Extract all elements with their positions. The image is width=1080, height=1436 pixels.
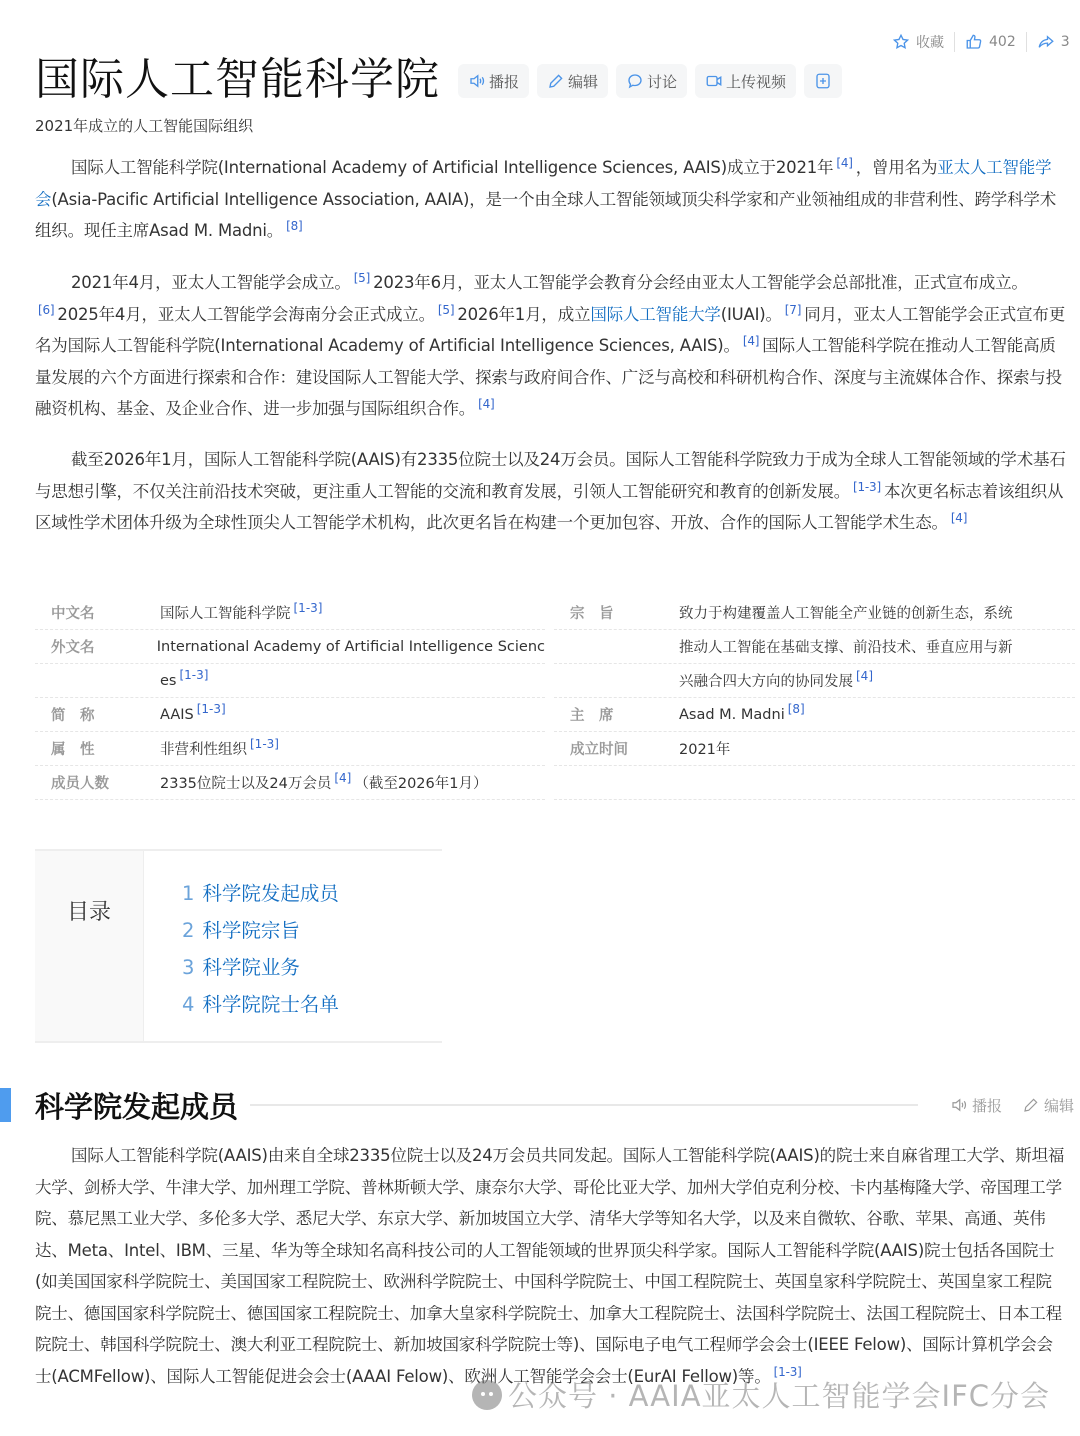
value-text: 国际人工智能科学院 <box>160 606 291 622</box>
text: (Asia-Pacific Artificial Intelligence As… <box>35 190 1056 241</box>
citation-link[interactable]: [8] <box>286 219 302 233</box>
intro-paragraph-3: 截至2026年1月，国际人工智能科学院(AAIS)有2335位院士以及24万会员… <box>35 444 1067 539</box>
infobox-right-column: 宗 旨致力于构建覆盖人工智能全产业链的创新生态，系统 推动人工智能在基础支撑、前… <box>554 596 1075 800</box>
citation-link[interactable]: [1-3] <box>197 702 226 716</box>
infobox-value: 致力于构建覆盖人工智能全产业链的创新生态，系统 <box>679 602 1013 623</box>
broadcast-button[interactable]: 播报 <box>458 64 529 98</box>
chat-bubble-icon <box>626 72 644 90</box>
infobox-key: 属 性 <box>35 738 160 759</box>
discuss-label: 讨论 <box>647 71 677 92</box>
text: 2021年4月，亚太人工智能学会成立。 <box>71 273 351 292</box>
infobox-value: International Academy of Artificial Inte… <box>157 639 545 655</box>
toc-number: 3 <box>182 956 194 979</box>
section-accent-bar <box>0 1088 11 1122</box>
infobox-value: es[1-3] <box>160 673 211 689</box>
text: ，曾用名为 <box>856 158 938 177</box>
text: 国际人工智能科学院(International Academy of Artif… <box>71 158 833 177</box>
toc-item-2[interactable]: 2科学院宗旨 <box>182 912 339 949</box>
infobox-row: 简 称AAIS[1-3] <box>35 698 545 732</box>
pencil-icon <box>547 72 565 90</box>
favorite-button[interactable]: 收藏 <box>892 32 944 52</box>
infobox-row: 宗 旨致力于构建覆盖人工智能全产业链的创新生态，系统 <box>554 596 1075 630</box>
toc-item-3[interactable]: 3科学院业务 <box>182 949 339 986</box>
infobox-row: 外文名International Academy of Artificial I… <box>35 630 545 664</box>
infobox-value: 非营利性组织[1-3] <box>160 738 282 759</box>
video-camera-icon <box>705 72 723 90</box>
edit-button[interactable]: 编辑 <box>537 64 608 98</box>
infobox-key: 简 称 <box>35 704 160 725</box>
star-icon <box>892 33 910 51</box>
value-text: 2021年 <box>679 742 730 758</box>
value-text: 非营利性组织 <box>160 742 247 758</box>
infobox-key: 主 席 <box>554 704 679 725</box>
add-button[interactable] <box>804 64 842 98</box>
toc-label: 科学院院士名单 <box>202 993 339 1016</box>
broadcast-label: 播报 <box>489 71 519 92</box>
pencil-icon <box>1022 1096 1040 1114</box>
speaker-icon <box>950 1096 968 1114</box>
infobox-key: 成立时间 <box>554 738 679 759</box>
text: 国际人工智能科学院(AAIS)由来自全球2335位院士以及24万会员共同发起。国… <box>35 1146 1064 1386</box>
share-button[interactable]: 3 <box>1037 33 1070 51</box>
value-text: 致力于构建覆盖人工智能全产业链的创新生态，系统 <box>679 606 1013 622</box>
value-text: es <box>160 673 176 689</box>
citation-link[interactable]: [5] <box>438 303 454 317</box>
link-iuai[interactable]: 国际人工智能大学 <box>590 305 720 324</box>
page-title: 国际人工智能科学院 <box>35 52 440 108</box>
infobox-row: es[1-3] <box>35 664 545 698</box>
plus-square-icon <box>814 72 832 90</box>
upload-video-label: 上传视频 <box>726 71 786 92</box>
infobox-key: 外文名 <box>35 636 157 657</box>
section-paragraph: 国际人工智能科学院(AAIS)由来自全球2335位院士以及24万会员共同发起。国… <box>35 1140 1067 1392</box>
infobox-key: 中文名 <box>35 602 160 623</box>
toc-item-1[interactable]: 1科学院发起成员 <box>182 875 339 912</box>
upload-video-button[interactable]: 上传视频 <box>695 64 796 98</box>
citation-link[interactable]: [4] <box>836 156 852 170</box>
citation-link[interactable]: [4] <box>951 511 967 525</box>
speaker-icon <box>468 72 486 90</box>
value-suffix: （截至2026年1月） <box>354 776 487 792</box>
infobox-value: AAIS[1-3] <box>160 707 229 723</box>
toc-number: 2 <box>182 919 194 942</box>
title-row: 国际人工智能科学院 播报 编辑 讨论 上传视频 <box>35 52 842 108</box>
infobox-row: 成员人数2335位院士以及24万会员[4]（截至2026年1月） <box>35 766 545 800</box>
toc-number: 4 <box>182 993 194 1016</box>
citation-link[interactable]: [8] <box>788 702 805 716</box>
title-toolbar: 播报 编辑 讨论 上传视频 <box>458 64 842 98</box>
intro-paragraph-1: 国际人工智能科学院(International Academy of Artif… <box>35 152 1067 247</box>
discuss-button[interactable]: 讨论 <box>616 64 687 98</box>
section-header: 科学院发起成员 播报 编辑 <box>0 1085 1080 1125</box>
citation-link[interactable]: [1-3] <box>294 601 323 615</box>
infobox-value: 2021年 <box>679 738 730 759</box>
text: 2023年6月，亚太人工智能学会教育分会经由亚太人工智能学会总部批准，正式宣布成… <box>373 273 1028 292</box>
citation-link[interactable]: [4] <box>743 334 759 348</box>
intro-paragraph-2: 2021年4月，亚太人工智能学会成立。[5]2023年6月，亚太人工智能学会教育… <box>35 267 1067 425</box>
infobox-row: 兴融合四大方向的协同发展[4] <box>554 664 1075 698</box>
top-actions: 收藏 402 3 <box>892 30 1070 54</box>
infobox-value: 国际人工智能科学院[1-3] <box>160 602 325 623</box>
citation-link[interactable]: [4] <box>334 771 351 785</box>
infobox-row: 中文名国际人工智能科学院[1-3] <box>35 596 545 630</box>
toc-item-4[interactable]: 4科学院院士名单 <box>182 986 339 1023</box>
value-text: AAIS <box>160 707 194 723</box>
infobox-row-empty <box>554 766 1075 800</box>
citation-link[interactable]: [5] <box>354 271 370 285</box>
value-text: 2335位院士以及24万会员 <box>160 776 331 792</box>
text: 2025年4月，亚太人工智能学会海南分会正式成立。 <box>57 305 435 324</box>
toc-label: 科学院宗旨 <box>202 919 300 942</box>
infobox-value: 推动人工智能在基础支撑、前沿技术、垂直应用与新 <box>679 636 1013 657</box>
table-of-contents: 目录 1科学院发起成员 2科学院宗旨 3科学院业务 4科学院院士名单 <box>35 849 442 1043</box>
divider <box>954 32 955 52</box>
section-tools: 播报 编辑 <box>950 1095 1074 1116</box>
divider <box>1026 32 1027 52</box>
thumbs-up-icon <box>965 33 983 51</box>
section-title: 科学院发起成员 <box>35 1085 238 1126</box>
infobox-value: 2335位院士以及24万会员[4]（截至2026年1月） <box>160 772 488 793</box>
infobox-row: 成立时间2021年 <box>554 732 1075 766</box>
infobox-row: 推动人工智能在基础支撑、前沿技术、垂直应用与新 <box>554 630 1075 664</box>
section-divider <box>250 1104 918 1106</box>
section-edit-button[interactable]: 编辑 <box>1022 1095 1074 1116</box>
toc-header: 目录 <box>35 851 144 1041</box>
infobox-key: 成员人数 <box>35 772 160 793</box>
broadcast-label: 播报 <box>972 1095 1002 1116</box>
infobox-key: 宗 旨 <box>554 602 679 623</box>
citation-link[interactable]: [6] <box>38 303 54 317</box>
like-count: 402 <box>989 34 1016 50</box>
text: 2026年1月，成立 <box>457 305 590 324</box>
value-text: International Academy of Artificial Inte… <box>157 639 545 655</box>
infobox-value: Asad M. Madni[8] <box>679 707 808 723</box>
citation-link[interactable]: [1-3] <box>853 480 881 494</box>
value-text: 兴融合四大方向的协同发展 <box>679 674 853 690</box>
like-button[interactable]: 402 <box>965 33 1016 51</box>
toc-list: 1科学院发起成员 2科学院宗旨 3科学院业务 4科学院院士名单 <box>144 851 339 1041</box>
edit-label: 编辑 <box>568 71 598 92</box>
section-broadcast-button[interactable]: 播报 <box>950 1095 1002 1116</box>
infobox-row: 主 席Asad M. Madni[8] <box>554 698 1075 732</box>
page-subtitle: 2021年成立的人工智能国际组织 <box>35 115 253 136</box>
toc-number: 1 <box>182 882 194 905</box>
toc-title: 目录 <box>67 895 111 1041</box>
citation-link[interactable]: [4] <box>478 397 494 411</box>
citation-link[interactable]: [1-3] <box>179 668 208 682</box>
value-text: Asad M. Madni <box>679 707 785 723</box>
toc-label: 科学院发起成员 <box>202 882 339 905</box>
infobox-left-column: 中文名国际人工智能科学院[1-3] 外文名International Acade… <box>35 596 545 800</box>
text: (IUAI)。 <box>721 305 782 324</box>
edit-label: 编辑 <box>1044 1095 1074 1116</box>
value-text: 推动人工智能在基础支撑、前沿技术、垂直应用与新 <box>679 640 1013 656</box>
share-arrow-icon <box>1037 33 1055 51</box>
citation-link[interactable]: [7] <box>785 303 801 317</box>
citation-link[interactable]: [1-3] <box>250 737 279 751</box>
toc-label: 科学院业务 <box>202 956 300 979</box>
citation-link[interactable]: [1-3] <box>774 1365 802 1379</box>
infobox-row: 属 性非营利性组织[1-3] <box>35 732 545 766</box>
citation-link[interactable]: [4] <box>856 669 873 683</box>
favorite-label: 收藏 <box>916 32 944 52</box>
infobox-value: 兴融合四大方向的协同发展[4] <box>679 670 876 691</box>
share-count: 3 <box>1061 34 1070 50</box>
